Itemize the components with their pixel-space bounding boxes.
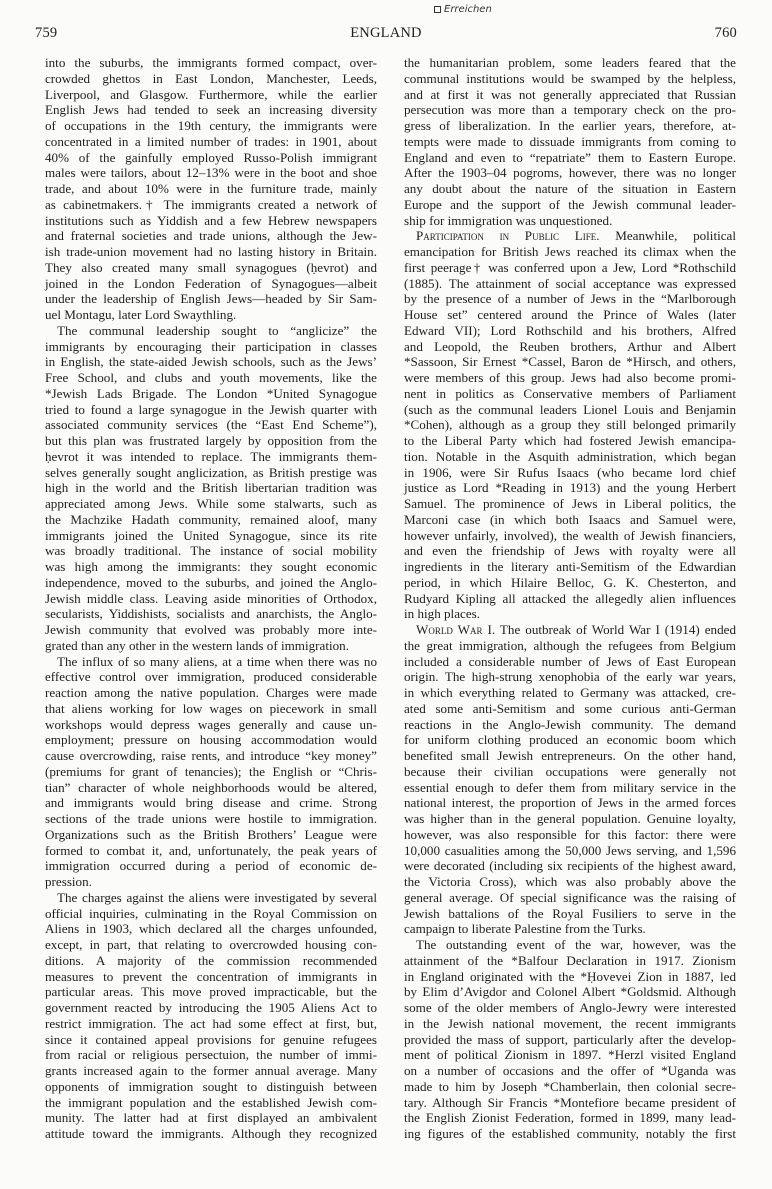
- text-line: munity. The latter had at first displaye…: [45, 1110, 377, 1126]
- line-text: House set” centered around the Prince of…: [404, 307, 736, 322]
- line-text: effective control over immigration, prod…: [45, 669, 377, 684]
- text-line: Jewish battalions of the Royal Fusiliers…: [404, 906, 736, 922]
- text-line: After the 1903–04 pogroms, however, ther…: [404, 165, 736, 181]
- text-line: justice as Lord *Reading in 1913) and th…: [404, 480, 736, 496]
- text-line: reactions in the Anglo-Jewish community.…: [404, 717, 736, 733]
- line-text: immigrants joined the United Synagogue, …: [45, 528, 377, 543]
- line-text: Samuel. The prominence of Jews in Libera…: [404, 496, 736, 511]
- text-line: House set” centered around the Prince of…: [404, 307, 736, 323]
- line-text: the Victoria Cross), which was also prob…: [404, 874, 736, 889]
- text-line: however unfairly, involved), the wealth …: [404, 528, 736, 544]
- text-line: by Elim d’Avigdor and Colonel Albert *Go…: [404, 984, 736, 1000]
- text-line: 40% of the gainfully employed Russo-Poli…: [45, 150, 377, 166]
- line-text: tary. Although Sir Francis *Montefiore b…: [404, 1095, 736, 1110]
- line-text: The outbreak of World War I (1914) ended: [495, 622, 736, 637]
- line-text: ment of political Zionism in 1897. *Herz…: [404, 1047, 736, 1062]
- line-text: The communal leadership sought to “angli…: [57, 323, 377, 338]
- text-line: independence, moved to the suburbs, and …: [45, 575, 377, 591]
- running-title: ENGLAND: [35, 25, 737, 42]
- line-text: institutions such as Yiddish and a few H…: [45, 213, 377, 228]
- line-text: particular areas. This move proved impra…: [45, 984, 377, 999]
- text-line: restrict immigration. The act had some e…: [45, 1016, 377, 1032]
- text-line: and Leopold, the Reuben brothers, Arthur…: [404, 339, 736, 355]
- text-line: and at first it was not generally apprec…: [404, 87, 736, 103]
- line-text: and fraternal societies and trade unions…: [45, 228, 377, 243]
- text-line: provided the mass of support, particular…: [404, 1032, 736, 1048]
- line-text: tian” character of whole neighborhoods w…: [45, 780, 377, 795]
- section-heading: World War I.: [416, 622, 495, 637]
- line-text: crowded ghettos in East London, Manchest…: [45, 71, 377, 86]
- line-text: independence, moved to the suburbs, and …: [45, 575, 377, 590]
- text-line: The influx of so many aliens, at a time …: [45, 654, 377, 670]
- line-text: some of the older members of Anglo-Jewry…: [404, 1000, 736, 1015]
- line-text: the humanitarian problem, some leaders f…: [404, 55, 736, 70]
- line-text: Rudyard Kipling all attacked the alleged…: [404, 591, 736, 606]
- line-text: for uniform clothing produced an economi…: [404, 732, 736, 747]
- text-line: made to him by Joseph *Chamberlain, then…: [404, 1079, 736, 1095]
- line-text: in English, the state-aided Jewish schoo…: [45, 354, 377, 369]
- text-line: the humanitarian problem, some leaders f…: [404, 55, 736, 71]
- text-line: appreciated among Jews. While some stalw…: [45, 496, 377, 512]
- text-line: cause overcrowding, raise rents, and int…: [45, 748, 377, 764]
- line-text: communal institutions would be swamped b…: [404, 71, 736, 86]
- text-line: sections of the trade unions were hostil…: [45, 811, 377, 827]
- text-line: the Machzike Hadath community, remained …: [45, 512, 377, 528]
- line-text: 10,000 casualities among the 50,000 Jews…: [404, 843, 736, 858]
- line-text: attainment of the *Balfour Declaration i…: [404, 953, 736, 968]
- line-text: that aliens working for low wages on pie…: [45, 701, 377, 716]
- text-line: crowded ghettos in East London, Manchest…: [45, 71, 377, 87]
- text-line: Samuel. The prominence of Jews in Libera…: [404, 496, 736, 512]
- line-text: selves generally sought anglicization, a…: [45, 465, 377, 480]
- text-line: immigration occurred during a period of …: [45, 858, 377, 874]
- line-text: however unfairly, involved), the wealth …: [404, 528, 736, 543]
- line-text: gress of liberalization. In the earlier …: [404, 118, 736, 133]
- line-text: high in the world and the British libert…: [45, 480, 377, 495]
- text-line: national interest, the proportion of Jew…: [404, 795, 736, 811]
- line-text: Aliens in 1903, which declared all the c…: [45, 921, 377, 936]
- text-line: was higher than in the general populatio…: [404, 811, 736, 827]
- line-text: appreciated among Jews. While some stalw…: [45, 496, 377, 511]
- line-text: by Elim d’Avigdor and Colonel Albert *Go…: [404, 984, 736, 999]
- text-line: in England originated with the *Ḥovevei …: [404, 969, 736, 985]
- text-line: ing figures of the established community…: [404, 1126, 736, 1142]
- text-line: immigrants joined the United Synagogue, …: [45, 528, 377, 544]
- line-text: made to him by Joseph *Chamberlain, then…: [404, 1079, 736, 1094]
- line-text: tion. Notable in the Asquith administrat…: [404, 449, 736, 464]
- line-text: by the presence of a number of Jews in t…: [404, 291, 736, 306]
- text-line: ish trade-union movement had no lasting …: [45, 244, 377, 260]
- line-text: *Cohen), although as a group they still …: [404, 417, 736, 432]
- text-line: essential enough to defer them from mili…: [404, 780, 736, 796]
- line-text: provided the mass of support, particular…: [404, 1032, 736, 1047]
- line-text: and Leopold, the Reuben brothers, Arthur…: [404, 339, 736, 354]
- line-text: Jewish community that evolved was probab…: [45, 622, 377, 637]
- line-text: to the Liberal Party which had fostered …: [404, 433, 736, 448]
- text-line: grants increased again to the former ann…: [45, 1063, 377, 1079]
- line-text: attitude toward the immigrants. Although…: [45, 1126, 377, 1141]
- line-text: and at first it was not generally apprec…: [404, 87, 736, 102]
- line-text: ing figures of the established community…: [404, 1126, 736, 1141]
- text-line: gress of liberalization. In the earlier …: [404, 118, 736, 134]
- text-line: were decorated (including six recipients…: [404, 858, 736, 874]
- text-line: Marconi case (in which both Isaacs and S…: [404, 512, 736, 528]
- text-line: *Cohen), although as a group they still …: [404, 417, 736, 433]
- line-text: in 1906, were Sir Rufus Isaacs (who beca…: [404, 465, 736, 480]
- line-text: national interest, the proportion of Jew…: [404, 795, 736, 810]
- line-text: under the leadership of English Jews—hea…: [45, 291, 377, 306]
- line-text: because their civilian occupations were …: [404, 764, 736, 779]
- text-line: emancipation for British Jews reached it…: [404, 244, 736, 260]
- text-line: workshops would depress wages generally …: [45, 717, 377, 733]
- line-text: from racial or religious persectuion, th…: [45, 1047, 377, 1062]
- text-line: trade, and about 10% were in the furnitu…: [45, 181, 377, 197]
- line-text: reactions in the Anglo-Jewish community.…: [404, 717, 736, 732]
- text-line: attainment of the *Balfour Declaration i…: [404, 953, 736, 969]
- text-line: ment of political Zionism in 1897. *Herz…: [404, 1047, 736, 1063]
- line-text: essential enough to defer them from mili…: [404, 780, 736, 795]
- text-line: reaction among the native population. Ch…: [45, 685, 377, 701]
- line-text: English Jews had tended to seek an incre…: [45, 102, 377, 117]
- text-line: and immigrants would bring disease and c…: [45, 795, 377, 811]
- text-line: grated than any other in the western lan…: [45, 638, 377, 654]
- text-line: Rudyard Kipling all attacked the alleged…: [404, 591, 736, 607]
- text-line: and even the friendship of Jews with roy…: [404, 543, 736, 559]
- text-line: employment; pressure on housing accommod…: [45, 732, 377, 748]
- line-text: but this plan was frustrated largely by …: [45, 433, 377, 448]
- annotation-box-icon: [434, 6, 441, 13]
- section-heading: Participation in Public Life.: [416, 228, 600, 243]
- line-text: Free School, and clubs and youth movemen…: [45, 370, 377, 385]
- text-line: measures to prevent the concentration of…: [45, 969, 377, 985]
- text-line: World War I. The outbreak of World War I…: [404, 622, 736, 638]
- line-text: tempts were made to dissuade immigrants …: [404, 134, 736, 149]
- line-text: They also created many small synagogues …: [45, 260, 377, 275]
- line-text: Jewish battalions of the Royal Fusiliers…: [404, 906, 736, 921]
- text-line: Liverpool, and Glasgow. Furthermore, whi…: [45, 87, 377, 103]
- line-text: (1885). The attainment of social accepta…: [404, 276, 736, 291]
- text-line: ḥevrot it was intended to replace. The i…: [45, 449, 377, 465]
- line-text: tried to found a large synagogue in the …: [45, 402, 377, 417]
- left-column: into the suburbs, the immigrants formed …: [45, 55, 377, 1142]
- text-line: the English Zionist Federation, formed i…: [404, 1110, 736, 1126]
- line-text: except, in part, that relating to overcr…: [45, 937, 377, 952]
- line-text: was high among the immigrants: they soug…: [45, 559, 377, 574]
- handwritten-annotation: Erreichen: [434, 4, 492, 15]
- text-line: the Victoria Cross), which was also prob…: [404, 874, 736, 890]
- line-text: The outstanding event of the war, howeve…: [416, 937, 736, 952]
- line-text: trade, and about 10% were in the furnitu…: [45, 181, 377, 196]
- text-line: any doubt about the nature of the situat…: [404, 181, 736, 197]
- text-line: tion. Notable in the Asquith administrat…: [404, 449, 736, 465]
- line-text: *Jewish Lads Brigade. The London *United…: [45, 386, 377, 401]
- line-text: munity. The latter had at first displaye…: [45, 1110, 377, 1125]
- line-text: in the Jewish national movement, the rec…: [404, 1016, 736, 1031]
- text-line: official inquiries, culminating in the R…: [45, 906, 377, 922]
- text-line: nent in politics as Conservative members…: [404, 386, 736, 402]
- line-text: formed to combat it, and, unfortunately,…: [45, 843, 377, 858]
- line-text: since it contained appeal provisions for…: [45, 1032, 377, 1047]
- line-text: ship for immigration was unquestioned.: [404, 213, 612, 228]
- line-text: emancipation for British Jews reached it…: [404, 244, 736, 259]
- text-line: tary. Although Sir Francis *Montefiore b…: [404, 1095, 736, 1111]
- line-text: immigration occurred during a period of …: [45, 858, 377, 873]
- text-line: tempts were made to dissuade immigrants …: [404, 134, 736, 150]
- line-text: nent in politics as Conservative members…: [404, 386, 736, 401]
- text-line: included a considerable number of Jews o…: [404, 654, 736, 670]
- annotation-text: Erreichen: [444, 4, 492, 15]
- text-line: some of the older members of Anglo-Jewry…: [404, 1000, 736, 1016]
- text-line: was high among the immigrants: they soug…: [45, 559, 377, 575]
- text-line: persecution was more than a temporary ch…: [404, 102, 736, 118]
- text-line: The charges against the aliens were inve…: [45, 890, 377, 906]
- line-text: and even the friendship of Jews with roy…: [404, 543, 736, 558]
- text-line: associated community services (the “East…: [45, 417, 377, 433]
- text-line: campaign to liberate Palestine from the …: [404, 921, 736, 937]
- line-text: grants increased again to the former ann…: [45, 1063, 377, 1078]
- line-text: into the suburbs, the immigrants formed …: [45, 55, 377, 70]
- text-line: as cabinetmakers.† The immigrants create…: [45, 197, 377, 213]
- text-line: ship for immigration was unquestioned.: [404, 213, 736, 229]
- line-text: Edward VII); Lord Rothschild and his bro…: [404, 323, 736, 338]
- text-line: from racial or religious persectuion, th…: [45, 1047, 377, 1063]
- line-text: benefited small Jewish entrepreneurs. On…: [404, 748, 736, 763]
- line-text: measures to prevent the concentration of…: [45, 969, 377, 984]
- text-line: government reacted by introducing the 19…: [45, 1000, 377, 1016]
- text-line: except, in part, that relating to overcr…: [45, 937, 377, 953]
- line-text: of occupations in the 19th century, the …: [45, 118, 377, 133]
- line-text: were decorated (including six recipients…: [404, 858, 736, 873]
- line-text: in which everything related to Germany w…: [404, 685, 736, 700]
- line-text: grated than any other in the western lan…: [45, 638, 349, 653]
- line-text: on a number of occasions and the offer o…: [404, 1063, 736, 1078]
- line-text: The influx of so many aliens, at a time …: [57, 654, 377, 669]
- line-text: the English Zionist Federation, formed i…: [404, 1110, 736, 1125]
- line-text: general average. Of special significance…: [404, 890, 736, 905]
- line-text: the great immigration, although the refu…: [404, 638, 736, 653]
- text-line: in English, the state-aided Jewish schoo…: [45, 354, 377, 370]
- text-line: They also created many small synagogues …: [45, 260, 377, 276]
- line-text: and immigrants would bring disease and c…: [45, 795, 377, 810]
- text-line: Jewish community that evolved was probab…: [45, 622, 377, 638]
- text-line: England and even to “repatriate” them to…: [404, 150, 736, 166]
- text-line: high in the world and the British libert…: [45, 480, 377, 496]
- line-text: origin. The high-strung xenophobia of th…: [404, 669, 736, 684]
- text-line: formed to combat it, and, unfortunately,…: [45, 843, 377, 859]
- text-line: but this plan was frustrated largely by …: [45, 433, 377, 449]
- text-line: was broadly traditional. The instance of…: [45, 543, 377, 559]
- text-line: Participation in Public Life. Meanwhile,…: [404, 228, 736, 244]
- text-line: because their civilian occupations were …: [404, 764, 736, 780]
- line-text: any doubt about the nature of the situat…: [404, 181, 736, 196]
- text-line: (premiums for grant of tenancies); the E…: [45, 764, 377, 780]
- line-text: was higher than in the general populatio…: [404, 811, 736, 826]
- line-text: Liverpool, and Glasgow. Furthermore, whi…: [45, 87, 377, 102]
- line-text: however, was also responsible for this f…: [404, 827, 736, 842]
- text-line: ingredients in the literary anti-Semitis…: [404, 559, 736, 575]
- line-text: uel Montagu, later Lord Swaythling.: [45, 307, 236, 322]
- line-text: Marconi case (in which both Isaacs and S…: [404, 512, 736, 527]
- text-line: first peerage† was conferred upon a Jew,…: [404, 260, 736, 276]
- text-line: since it contained appeal provisions for…: [45, 1032, 377, 1048]
- text-line: males were tailors, about 12–13% were in…: [45, 165, 377, 181]
- text-line: secularists, Yiddishists, socialists and…: [45, 606, 377, 622]
- line-text: Europe and the support of the Jewish com…: [404, 197, 736, 212]
- line-text: period, in which Hilaire Belloc, G. K. C…: [404, 575, 736, 590]
- text-line: in high places.: [404, 606, 736, 622]
- line-text: After the 1903–04 pogroms, however, ther…: [404, 165, 736, 180]
- text-line: effective control over immigration, prod…: [45, 669, 377, 685]
- text-line: (such as the communal leaders Lionel Lou…: [404, 402, 736, 418]
- text-line: tian” character of whole neighborhoods w…: [45, 780, 377, 796]
- text-line: concentrated in a limited number of trad…: [45, 134, 377, 150]
- line-text: the Machzike Hadath community, remained …: [45, 512, 377, 527]
- text-line: origin. The high-strung xenophobia of th…: [404, 669, 736, 685]
- text-line: selves generally sought anglicization, a…: [45, 465, 377, 481]
- text-line: *Jewish Lads Brigade. The London *United…: [45, 386, 377, 402]
- line-text: Organizations such as the British Brothe…: [45, 827, 377, 842]
- text-line: of occupations in the 19th century, the …: [45, 118, 377, 134]
- text-line: under the leadership of English Jews—hea…: [45, 291, 377, 307]
- text-line: English Jews had tended to seek an incre…: [45, 102, 377, 118]
- line-text: Jewish middle class. Leaving aside minor…: [45, 591, 377, 606]
- text-line: Edward VII); Lord Rothschild and his bro…: [404, 323, 736, 339]
- page-header: 759 ENGLAND 760: [35, 25, 737, 43]
- line-text: opponents of immigration sought to disti…: [45, 1079, 377, 1094]
- text-line: uel Montagu, later Lord Swaythling.: [45, 307, 377, 323]
- text-line: on a number of occasions and the offer o…: [404, 1063, 736, 1079]
- line-text: were members of this group. Jews had als…: [404, 370, 736, 385]
- text-line: joined in the London Federation of Synag…: [45, 276, 377, 292]
- text-line: Aliens in 1903, which declared all the c…: [45, 921, 377, 937]
- line-text: government reacted by introducing the 19…: [45, 1000, 377, 1015]
- line-text: The charges against the aliens were inve…: [57, 890, 377, 905]
- right-column: the humanitarian problem, some leaders f…: [404, 55, 736, 1142]
- line-text: campaign to liberate Palestine from the …: [404, 921, 646, 936]
- line-text: (premiums for grant of tenancies); the E…: [45, 764, 377, 779]
- text-line: and fraternal societies and trade unions…: [45, 228, 377, 244]
- line-text: ingredients in the literary anti-Semitis…: [404, 559, 736, 574]
- text-line: The communal leadership sought to “angli…: [45, 323, 377, 339]
- text-line: were members of this group. Jews had als…: [404, 370, 736, 386]
- text-line: into the suburbs, the immigrants formed …: [45, 55, 377, 71]
- text-line: 10,000 casualities among the 50,000 Jews…: [404, 843, 736, 859]
- text-line: *Sassoon, Sir Ernest *Cassel, Baron de *…: [404, 354, 736, 370]
- line-text: included a considerable number of Jews o…: [404, 654, 736, 669]
- line-text: pression.: [45, 874, 92, 889]
- line-text: ated some anti-Semitism and some curious…: [404, 701, 736, 716]
- text-line: pression.: [45, 874, 377, 890]
- text-line: benefited small Jewish entrepreneurs. On…: [404, 748, 736, 764]
- line-text: Meanwhile, political: [600, 228, 736, 243]
- text-line: immigrants by encouraging their particip…: [45, 339, 377, 355]
- text-line: to the Liberal Party which had fostered …: [404, 433, 736, 449]
- text-line: The outstanding event of the war, howeve…: [404, 937, 736, 953]
- line-text: in high places.: [404, 606, 480, 621]
- text-line: ated some anti-Semitism and some curious…: [404, 701, 736, 717]
- text-line: the immigrant population and the establi…: [45, 1095, 377, 1111]
- text-line: (1885). The attainment of social accepta…: [404, 276, 736, 292]
- line-text: concentrated in a limited number of trad…: [45, 134, 377, 149]
- line-text: associated community services (the “East…: [45, 417, 377, 432]
- text-line: Free School, and clubs and youth movemen…: [45, 370, 377, 386]
- text-line: in 1906, were Sir Rufus Isaacs (who beca…: [404, 465, 736, 481]
- text-line: attitude toward the immigrants. Although…: [45, 1126, 377, 1142]
- text-line: institutions such as Yiddish and a few H…: [45, 213, 377, 229]
- line-text: ḥevrot it was intended to replace. The i…: [45, 449, 377, 464]
- line-text: as cabinetmakers.† The immigrants create…: [45, 197, 377, 212]
- line-text: persecution was more than a temporary ch…: [404, 102, 736, 117]
- line-text: the immigrant population and the establi…: [45, 1095, 377, 1110]
- text-line: particular areas. This move proved impra…: [45, 984, 377, 1000]
- text-line: in the Jewish national movement, the rec…: [404, 1016, 736, 1032]
- text-line: tried to found a large synagogue in the …: [45, 402, 377, 418]
- text-line: Europe and the support of the Jewish com…: [404, 197, 736, 213]
- line-text: justice as Lord *Reading in 1913) and th…: [404, 480, 736, 495]
- text-line: the great immigration, although the refu…: [404, 638, 736, 654]
- text-line: period, in which Hilaire Belloc, G. K. C…: [404, 575, 736, 591]
- text-line: communal institutions would be swamped b…: [404, 71, 736, 87]
- text-line: however, was also responsible for this f…: [404, 827, 736, 843]
- text-line: for uniform clothing produced an economi…: [404, 732, 736, 748]
- text-line: by the presence of a number of Jews in t…: [404, 291, 736, 307]
- right-page-number: 760: [715, 25, 737, 42]
- text-line: that aliens working for low wages on pie…: [45, 701, 377, 717]
- text-line: Organizations such as the British Brothe…: [45, 827, 377, 843]
- line-text: reaction among the native population. Ch…: [45, 685, 377, 700]
- line-text: sections of the trade unions were hostil…: [45, 811, 377, 826]
- line-text: in England originated with the *Ḥovevei …: [404, 969, 736, 984]
- line-text: England and even to “repatriate” them to…: [404, 150, 736, 165]
- line-text: restrict immigration. The act had some e…: [45, 1016, 377, 1031]
- line-text: (such as the communal leaders Lionel Lou…: [404, 402, 736, 417]
- line-text: joined in the London Federation of Synag…: [45, 276, 377, 291]
- text-line: Jewish middle class. Leaving aside minor…: [45, 591, 377, 607]
- text-line: general average. Of special significance…: [404, 890, 736, 906]
- line-text: ish trade-union movement had no lasting …: [45, 244, 377, 259]
- text-line: in which everything related to Germany w…: [404, 685, 736, 701]
- line-text: employment; pressure on housing accommod…: [45, 732, 377, 747]
- line-text: *Sassoon, Sir Ernest *Cassel, Baron de *…: [404, 354, 736, 369]
- line-text: immigrants by encouraging their particip…: [45, 339, 377, 354]
- line-text: official inquiries, culminating in the R…: [45, 906, 377, 921]
- line-text: secularists, Yiddishists, socialists and…: [45, 606, 377, 621]
- text-line: opponents of immigration sought to disti…: [45, 1079, 377, 1095]
- line-text: cause overcrowding, raise rents, and int…: [45, 748, 377, 763]
- line-text: was broadly traditional. The instance of…: [45, 543, 377, 558]
- line-text: first peerage† was conferred upon a Jew,…: [404, 260, 736, 275]
- line-text: 40% of the gainfully employed Russo-Poli…: [45, 150, 377, 165]
- line-text: workshops would depress wages generally …: [45, 717, 377, 732]
- text-line: ditions. A majority of the commission re…: [45, 953, 377, 969]
- line-text: ditions. A majority of the commission re…: [45, 953, 377, 968]
- line-text: males were tailors, about 12–13% were in…: [45, 165, 377, 180]
